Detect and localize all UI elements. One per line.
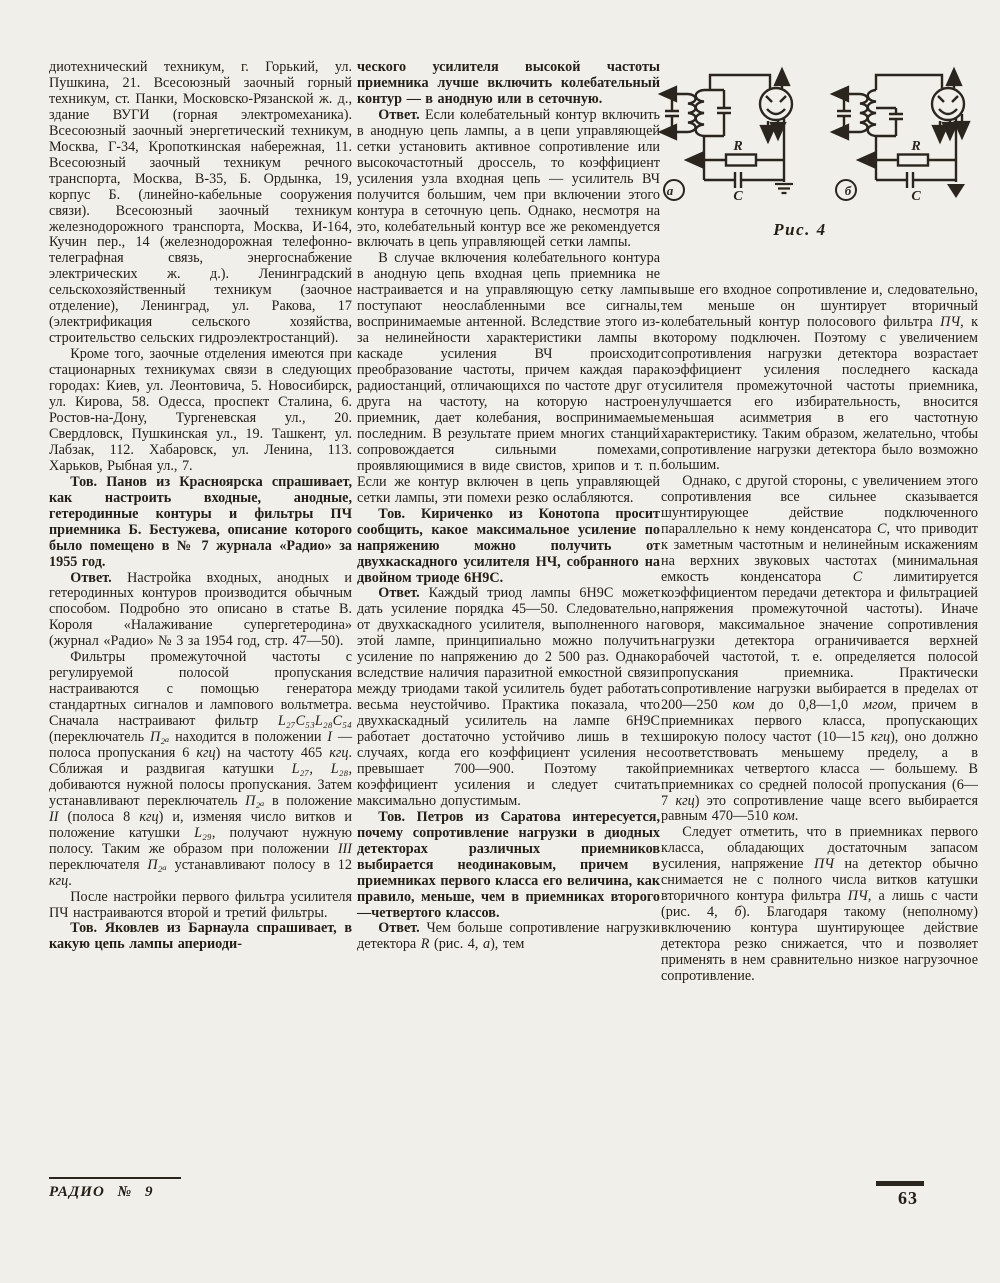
column-1: диотехнический техникум, г. Горький, ул.… (49, 60, 352, 953)
paragraph: выше его входное сопротивление и, следов… (661, 283, 978, 474)
paragraph: Тов. Кириченко из Конотопа просит сообщи… (357, 507, 660, 587)
paragraph: Фильтры промежуточной частоты с регулиру… (49, 650, 352, 889)
figure-4: а R C (652, 54, 984, 240)
paragraph: Однако, с другой стороны, с увеличением … (661, 474, 978, 825)
ground-symbol-a (775, 184, 793, 193)
paragraph: Ответ. Если колебательный контур включит… (357, 108, 660, 252)
column-3: выше его входное сопротивление и, следов… (661, 283, 978, 985)
figure-label-b: б (845, 183, 852, 198)
paragraph: Тов. Петров из Саратова интересуется, по… (357, 810, 660, 922)
paragraph: Тов. Панов из Красноярска спрашивает, ка… (49, 475, 352, 571)
paragraph: Тов. Яковлев из Барнаула спрашивает, в к… (49, 921, 352, 953)
capacitor-label-b: C (911, 189, 921, 204)
paragraph: Ответ. Настройка входных, анодных и гете… (49, 571, 352, 651)
journal-footer: РАДИО № 9 (49, 1177, 181, 1201)
figure-label-a: а (667, 183, 674, 198)
circuit-a (662, 71, 792, 200)
page-number-rule (876, 1181, 924, 1186)
paragraph: В случае включения колебательного контур… (357, 251, 660, 506)
paragraph: Следует отметить, что в приемниках перво… (661, 825, 978, 985)
column-2: ческого усилителя высокой частоты приемн… (357, 60, 660, 953)
capacitor-label-a: C (733, 189, 743, 204)
circuit-diagram-icon: а R C (652, 54, 984, 212)
paragraph: диотехнический техникум, г. Горький, ул.… (49, 60, 352, 347)
paragraph: ческого усилителя высокой частоты приемн… (357, 60, 660, 108)
page-number: 63 (898, 1188, 918, 1209)
paragraph: Ответ. Чем больше сопротивление нагрузки… (357, 921, 660, 953)
ground-arrow-b (947, 184, 965, 198)
paragraph: После настройки первого фильтра усилител… (49, 890, 352, 922)
circuit-b (834, 71, 965, 200)
magazine-page: диотехнический техникум, г. Горький, ул.… (0, 0, 1000, 1283)
figure-caption: Рис. 4 (700, 220, 900, 240)
paragraph: Ответ. Каждый триод лампы 6Н9С может дат… (357, 586, 660, 809)
paragraph: Кроме того, заочные отделения имеются пр… (49, 347, 352, 475)
resistor-label-b: R (910, 139, 920, 154)
resistor-label-a: R (732, 139, 742, 154)
